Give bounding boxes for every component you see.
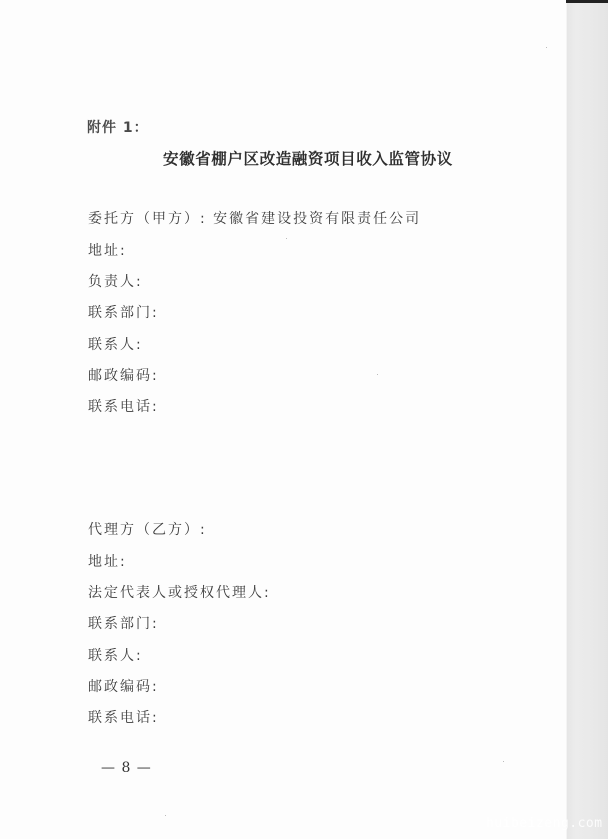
party-a-person-in-charge: 负责人:: [88, 271, 143, 291]
field-label: 法定代表人或授权代理人:: [88, 585, 271, 601]
field-label: 地址:: [88, 554, 127, 570]
field-label: 联系人:: [88, 337, 143, 353]
party-b-postal-code: 邮政编码:: [88, 676, 159, 696]
field-label: 联系人:: [88, 648, 143, 664]
field-label: 邮政编码:: [88, 679, 159, 695]
field-label: 邮政编码:: [88, 368, 159, 384]
party-b-phone: 联系电话:: [88, 707, 159, 727]
scan-speck: [377, 374, 378, 375]
page-number: — 8 —: [101, 760, 152, 776]
party-b-agent: 代理方（乙方）:: [88, 519, 207, 539]
attachment-label: 附件 1：: [87, 117, 149, 137]
party-a-principal: 委托方（甲方）: 安徽省建设投资有限责任公司: [88, 208, 421, 228]
field-value: 安徽省建设投资有限责任公司: [213, 211, 421, 227]
field-label: 联系部门:: [88, 616, 159, 632]
party-a-contact-person: 联系人:: [88, 334, 143, 354]
field-label: 联系部门:: [88, 305, 159, 321]
party-a-phone: 联系电话:: [88, 396, 159, 416]
scan-speck: [286, 238, 287, 239]
watermark: huibeizeng.com: [486, 816, 603, 831]
field-label: 地址:: [88, 243, 127, 259]
document-page: 附件 1： 安徽省棚户区改造融资项目收入监管协议 委托方（甲方）: 安徽省建设投…: [0, 0, 566, 839]
scan-speck: [546, 47, 547, 48]
scan-speck: [503, 761, 504, 762]
scan-speck: [165, 815, 166, 816]
party-b-legal-representative: 法定代表人或授权代理人:: [88, 582, 271, 602]
field-label: 联系电话:: [88, 399, 159, 415]
field-label: 代理方（乙方）:: [88, 522, 207, 538]
party-a-postal-code: 邮政编码:: [88, 365, 159, 385]
document-title: 安徽省棚户区改造融资项目收入监管协议: [163, 147, 453, 169]
field-label: 委托方（甲方）:: [88, 211, 207, 227]
party-b-address: 地址:: [88, 551, 127, 571]
party-b-contact-department: 联系部门:: [88, 613, 159, 633]
field-label: 负责人:: [88, 274, 143, 290]
party-a-contact-department: 联系部门:: [88, 302, 159, 322]
party-b-contact-person: 联系人:: [88, 645, 143, 665]
page-edge-shadow: [566, 3, 608, 839]
field-label: 联系电话:: [88, 710, 159, 726]
party-a-address: 地址:: [88, 240, 127, 260]
